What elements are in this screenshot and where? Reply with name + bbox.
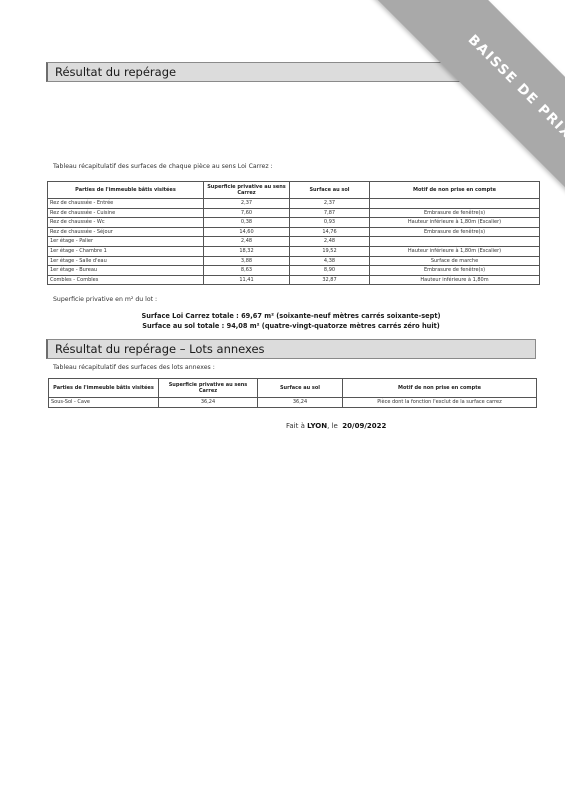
signature-line: Fait à LYON, le 20/09/2022 (286, 422, 386, 430)
room-name-cell: Rez de chaussée - Séjour (48, 227, 204, 237)
carrez-surface-cell: 2,37 (204, 199, 290, 209)
table-header-row: Parties de l'immeuble bâtis visitées Sup… (49, 379, 537, 398)
room-name-cell: Sous-Sol - Cave (49, 398, 159, 408)
carrez-surface-cell: 3,88 (204, 256, 290, 266)
exclusion-reason-cell: Surface de marche (370, 256, 540, 266)
column-header: Superficie privative au sens Carrez (159, 379, 258, 398)
table-row: 1er étage - Bureau8,638,90Embrasure de f… (48, 266, 540, 276)
table-row: Rez de chaussée - Cuisine7,607,87Embrasu… (48, 208, 540, 218)
carrez-surface-cell: 36,24 (159, 398, 258, 408)
floor-surface-cell: 19,52 (290, 246, 370, 256)
exclusion-reason-cell: Hauteur inférieure à 1,80m (Escalier) (370, 246, 540, 256)
carrez-surface-cell: 2,48 (204, 237, 290, 247)
section-title: Résultat du repérage – Lots annexes (55, 342, 265, 356)
table-intro-carrez: Tableau récapitulatif des surfaces de ch… (53, 163, 273, 170)
column-header: Motif de non prise en compte (370, 182, 540, 199)
table-intro-annexes: Tableau récapitulatif des surfaces des l… (53, 364, 215, 371)
table-row: Rez de chaussée - Wc0,380,93Hauteur infé… (48, 218, 540, 228)
floor-surface-cell: 0,93 (290, 218, 370, 228)
signature-city: LYON (307, 422, 327, 430)
room-name-cell: 1er étage - Palier (48, 237, 204, 247)
floor-surface-cell: 2,37 (290, 199, 370, 209)
column-header: Surface au sol (258, 379, 343, 398)
floor-surface-cell: 14,76 (290, 227, 370, 237)
exclusion-reason-cell: Pièce dont la fonction l'exclut de la su… (343, 398, 537, 408)
room-name-cell: Rez de chaussée - Cuisine (48, 208, 204, 218)
column-header: Parties de l'immeuble bâtis visitées (48, 182, 204, 199)
room-name-cell: 1er étage - Bureau (48, 266, 204, 276)
carrez-surface-cell: 0,38 (204, 218, 290, 228)
signature-middle: , le (327, 422, 340, 430)
carrez-surface-cell: 7,60 (204, 208, 290, 218)
table-row: Rez de chaussée - Entrée2,372,37 (48, 199, 540, 209)
room-name-cell: 1er étage - Chambre 1 (48, 246, 204, 256)
carrez-surface-cell: 14,60 (204, 227, 290, 237)
table-header-row: Parties de l'immeuble bâtis visitées Sup… (48, 182, 540, 199)
exclusion-reason-cell: Embrasure de fenêtre(s) (370, 208, 540, 218)
section-title: Résultat du repérage (55, 65, 176, 79)
floor-surface-cell: 7,87 (290, 208, 370, 218)
table-row: Sous-Sol - Cave36,2436,24Pièce dont la f… (49, 398, 537, 408)
table-row: Combles - Combles11,4132,87Hauteur infér… (48, 275, 540, 285)
floor-surface-cell: 32,87 (290, 275, 370, 285)
carrez-surface-cell: 11,41 (204, 275, 290, 285)
total-carrez: Surface Loi Carrez totale : 69,67 m² (so… (60, 311, 522, 321)
annexes-surface-table: Parties de l'immeuble bâtis visitées Sup… (48, 378, 537, 408)
lot-surface-label: Superficie privative en m² du lot : (53, 296, 157, 303)
exclusion-reason-cell (370, 199, 540, 209)
room-name-cell: Rez de chaussée - Entrée (48, 199, 204, 209)
floor-surface-cell: 4,38 (290, 256, 370, 266)
section-header-annexes: Résultat du repérage – Lots annexes (46, 339, 536, 359)
table-row: Rez de chaussée - Séjour14,6014,76Embras… (48, 227, 540, 237)
signature-date: 20/09/2022 (342, 422, 386, 430)
total-sol: Surface au sol totale : 94,08 m² (quatre… (60, 321, 522, 331)
column-header: Superficie privative au sens Carrez (204, 182, 290, 199)
room-name-cell: 1er étage - Salle d'eau (48, 256, 204, 266)
floor-surface-cell: 2,48 (290, 237, 370, 247)
floor-surface-cell: 36,24 (258, 398, 343, 408)
room-name-cell: Combles - Combles (48, 275, 204, 285)
exclusion-reason-cell (370, 237, 540, 247)
column-header: Parties de l'immeuble bâtis visitées (49, 379, 159, 398)
carrez-surface-cell: 18,32 (204, 246, 290, 256)
room-name-cell: Rez de chaussée - Wc (48, 218, 204, 228)
exclusion-reason-cell: Embrasure de fenêtre(s) (370, 266, 540, 276)
carrez-surface-table: Parties de l'immeuble bâtis visitées Sup… (47, 181, 540, 285)
exclusion-reason-cell: Hauteur inférieure à 1,80m (370, 275, 540, 285)
column-header: Motif de non prise en compte (343, 379, 537, 398)
section-header-result: Résultat du repérage (46, 62, 536, 82)
carrez-surface-cell: 8,63 (204, 266, 290, 276)
column-header: Surface au sol (290, 182, 370, 199)
table-row: 1er étage - Palier2,482,48 (48, 237, 540, 247)
floor-surface-cell: 8,90 (290, 266, 370, 276)
table-row: 1er étage - Salle d'eau3,884,38Surface d… (48, 256, 540, 266)
signature-prefix: Fait à (286, 422, 307, 430)
exclusion-reason-cell: Hauteur inférieure à 1,80m (Escalier) (370, 218, 540, 228)
table-row: 1er étage - Chambre 118,3219,52Hauteur i… (48, 246, 540, 256)
exclusion-reason-cell: Embrasure de fenêtre(s) (370, 227, 540, 237)
